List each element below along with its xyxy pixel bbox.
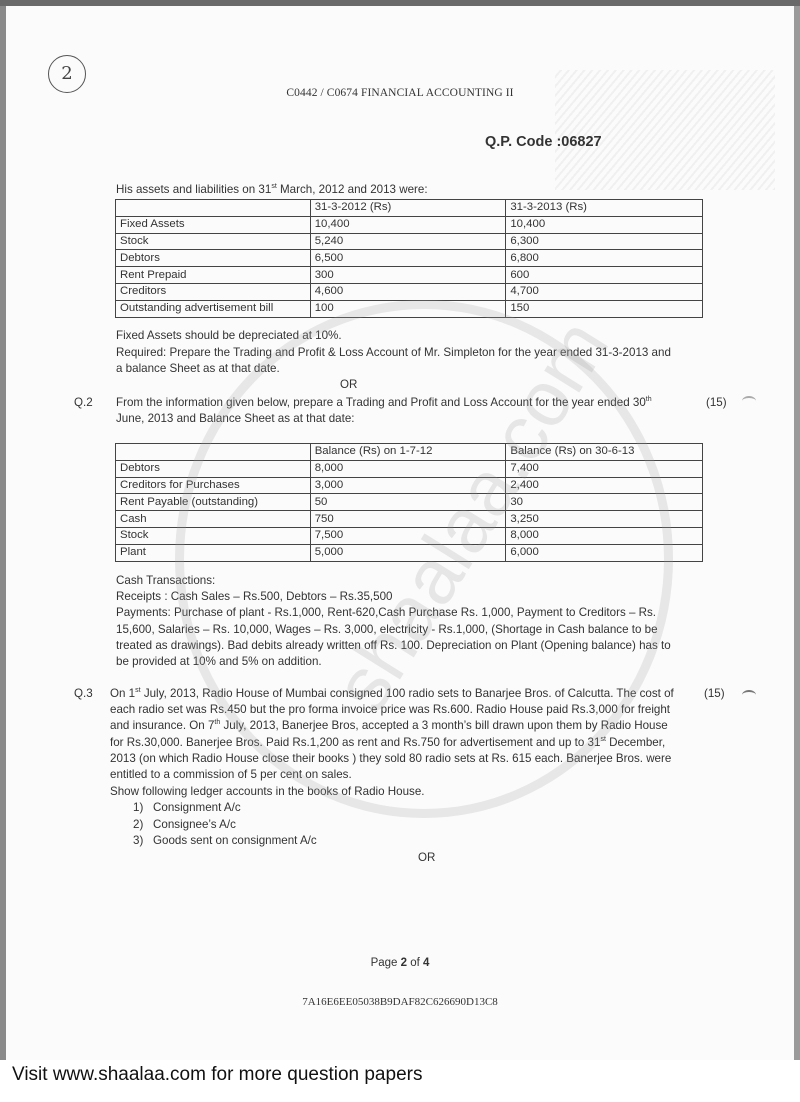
table-cell: 600 xyxy=(506,267,703,284)
table-cell: 7,400 xyxy=(506,460,703,477)
ledger-accounts-list: 1)Consignment A/c 2)Consignee’s A/c 3)Go… xyxy=(133,800,317,850)
payments-line-2: 15,600, Salaries – Rs. 10,000, Wages – R… xyxy=(116,622,658,639)
or-separator-2: OR xyxy=(418,851,435,864)
table-cell: 5,240 xyxy=(310,233,506,250)
table-cell: 8,000 xyxy=(310,460,506,477)
cash-transactions-heading: Cash Transactions: xyxy=(116,573,215,590)
q2-number: Q.2 xyxy=(74,396,93,409)
table-cell: 6,500 xyxy=(310,250,506,267)
table-header-row: Balance (Rs) on 1-7-12Balance (Rs) on 30… xyxy=(116,444,703,461)
table-cell: Stock xyxy=(116,233,311,250)
q1-intro: His assets and liabilities on 31st March… xyxy=(116,182,428,199)
table-cell xyxy=(116,200,311,217)
table-cell: 10,400 xyxy=(506,216,703,233)
table-row: Debtors8,0007,400 xyxy=(116,460,703,477)
q3-line6: entitled to a commission of 5 per cent o… xyxy=(110,767,352,784)
table-row: Stock7,5008,000 xyxy=(116,527,703,544)
q3-marks: (15) xyxy=(704,687,725,700)
table-cell: 31-3-2012 (Rs) xyxy=(310,200,506,217)
table-cell: Debtors xyxy=(116,460,311,477)
depreciation-note: Fixed Assets should be depreciated at 10… xyxy=(116,328,342,345)
table-row: Plant5,0006,000 xyxy=(116,544,703,561)
q2-line2: June, 2013 and Balance Sheet as at that … xyxy=(116,411,355,428)
table-cell: Cash xyxy=(116,511,311,528)
table-cell: 4,600 xyxy=(310,283,506,300)
table-row: Creditors for Purchases3,0002,400 xyxy=(116,477,703,494)
table-cell: 150 xyxy=(506,300,703,317)
document-hash: 7A16E6EE05038B9DAF82C626690D13C8 xyxy=(0,996,800,1008)
table-cell: 6,800 xyxy=(506,250,703,267)
table-cell: Balance (Rs) on 1-7-12 xyxy=(310,444,506,461)
q2-marks: (15) xyxy=(706,396,727,409)
payments-line-3: treated as drawings). Bad debits already… xyxy=(116,638,671,655)
page-number: Page 2 of 4 xyxy=(0,957,800,969)
table-row: Outstanding advertisement bill100150 xyxy=(116,300,703,317)
table-cell: Fixed Assets xyxy=(116,216,311,233)
assets-liabilities-table: 31-3-2012 (Rs)31-3-2013 (Rs)Fixed Assets… xyxy=(115,199,703,318)
table-cell: 8,000 xyxy=(506,527,703,544)
q3-line1: On 1st July, 2013, Radio House of Mumbai… xyxy=(110,686,674,703)
table-cell: 750 xyxy=(310,511,506,528)
table-row: Rent Prepaid300600 xyxy=(116,267,703,284)
q2-line1: From the information given below, prepar… xyxy=(116,395,652,412)
or-separator: OR xyxy=(340,378,357,391)
q3-line2: each radio set was Rs.450 but the pro fo… xyxy=(110,702,670,719)
table-cell: 6,000 xyxy=(506,544,703,561)
list-item: 2)Consignee’s A/c xyxy=(133,817,317,834)
table-cell: Rent Prepaid xyxy=(116,267,311,284)
table-cell: Outstanding advertisement bill xyxy=(116,300,311,317)
table-row: Cash7503,250 xyxy=(116,511,703,528)
table-cell: 2,400 xyxy=(506,477,703,494)
q1-required-line2: a balance Sheet as at that date. xyxy=(116,361,280,378)
table-cell xyxy=(116,444,311,461)
table-cell: 10,400 xyxy=(310,216,506,233)
table-cell: 5,000 xyxy=(310,544,506,561)
payments-line-4: be provided at 10% and 5% on addition. xyxy=(116,654,322,671)
table-cell: Balance (Rs) on 30-6-13 xyxy=(506,444,703,461)
payments-line-1: Payments: Purchase of plant - Rs.1,000, … xyxy=(116,605,656,622)
table-cell: 300 xyxy=(310,267,506,284)
table-row: Creditors4,6004,700 xyxy=(116,283,703,300)
table-cell: Creditors for Purchases xyxy=(116,477,311,494)
table-cell: 30 xyxy=(506,494,703,511)
balances-table: Balance (Rs) on 1-7-12Balance (Rs) on 30… xyxy=(115,443,703,562)
table-cell: 3,250 xyxy=(506,511,703,528)
binder-hole-mark xyxy=(742,690,756,700)
table-cell: Debtors xyxy=(116,250,311,267)
table-row: Fixed Assets10,40010,400 xyxy=(116,216,703,233)
table-cell: 3,000 xyxy=(310,477,506,494)
table-cell: 100 xyxy=(310,300,506,317)
qp-code: Q.P. Code :06827 xyxy=(485,134,602,150)
table-cell: Stock xyxy=(116,527,311,544)
table-row: Stock5,2406,300 xyxy=(116,233,703,250)
table-cell: 50 xyxy=(310,494,506,511)
q3-number: Q.3 xyxy=(74,687,93,700)
list-item: 3)Goods sent on consignment A/c xyxy=(133,833,317,850)
table-row: Debtors6,5006,800 xyxy=(116,250,703,267)
promo-banner[interactable]: Visit www.shaalaa.com for more question … xyxy=(12,1064,422,1086)
q3-line5: 2013 (on which Radio House close their b… xyxy=(110,751,671,768)
binder-hole-mark xyxy=(742,396,756,406)
q3-line3: and insurance. On 7th July, 2013, Banerj… xyxy=(110,718,668,735)
q3-line7: Show following ledger accounts in the bo… xyxy=(110,784,425,801)
table-cell: 31-3-2013 (Rs) xyxy=(506,200,703,217)
receipts-line: Receipts : Cash Sales – Rs.500, Debtors … xyxy=(116,589,392,606)
table-cell: Plant xyxy=(116,544,311,561)
table-cell: 6,300 xyxy=(506,233,703,250)
table-cell: 7,500 xyxy=(310,527,506,544)
course-title: C0442 / C0674 FINANCIAL ACCOUNTING II xyxy=(0,87,800,99)
table-header-row: 31-3-2012 (Rs)31-3-2013 (Rs) xyxy=(116,200,703,217)
q1-required-line1: Required: Prepare the Trading and Profit… xyxy=(116,345,671,362)
scan-top-edge xyxy=(0,0,800,6)
table-row: Rent Payable (outstanding)5030 xyxy=(116,494,703,511)
table-cell: Rent Payable (outstanding) xyxy=(116,494,311,511)
list-item: 1)Consignment A/c xyxy=(133,800,317,817)
table-cell: 4,700 xyxy=(506,283,703,300)
q3-line4: for Rs.30,000. Banerjee Bros. Paid Rs.1,… xyxy=(110,735,665,752)
table-cell: Creditors xyxy=(116,283,311,300)
